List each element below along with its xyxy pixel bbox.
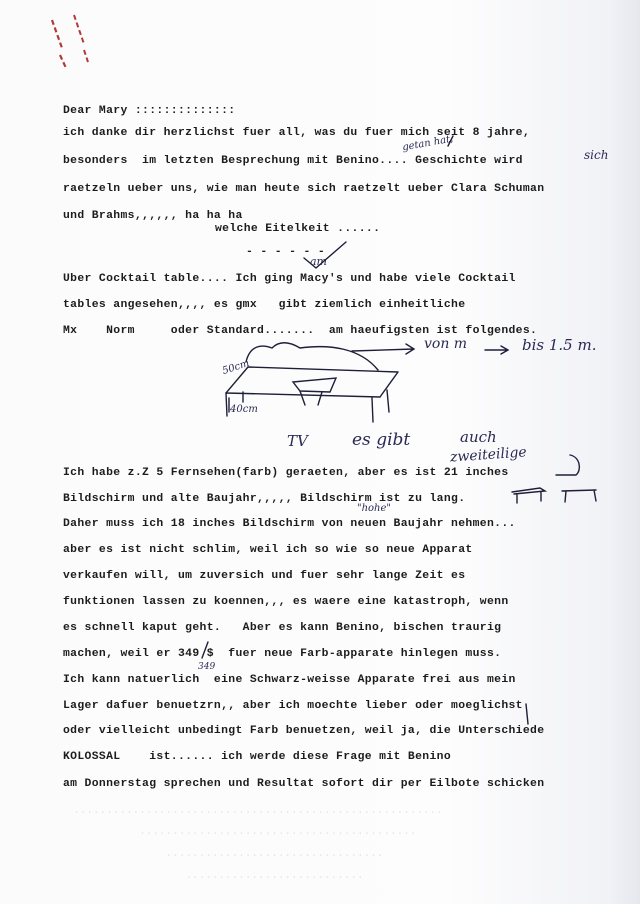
bleed-through-line-3: ................................. xyxy=(60,848,383,860)
bleed-through-line-1: ........................................… xyxy=(60,805,443,817)
letter-page: Dear Mary :::::::::::::: ich danke dir h… xyxy=(0,0,640,904)
bleed-through-line-2: ........................................… xyxy=(60,826,416,838)
table-sketch xyxy=(0,0,640,904)
bleed-through-line-4: ........................... xyxy=(60,870,364,882)
